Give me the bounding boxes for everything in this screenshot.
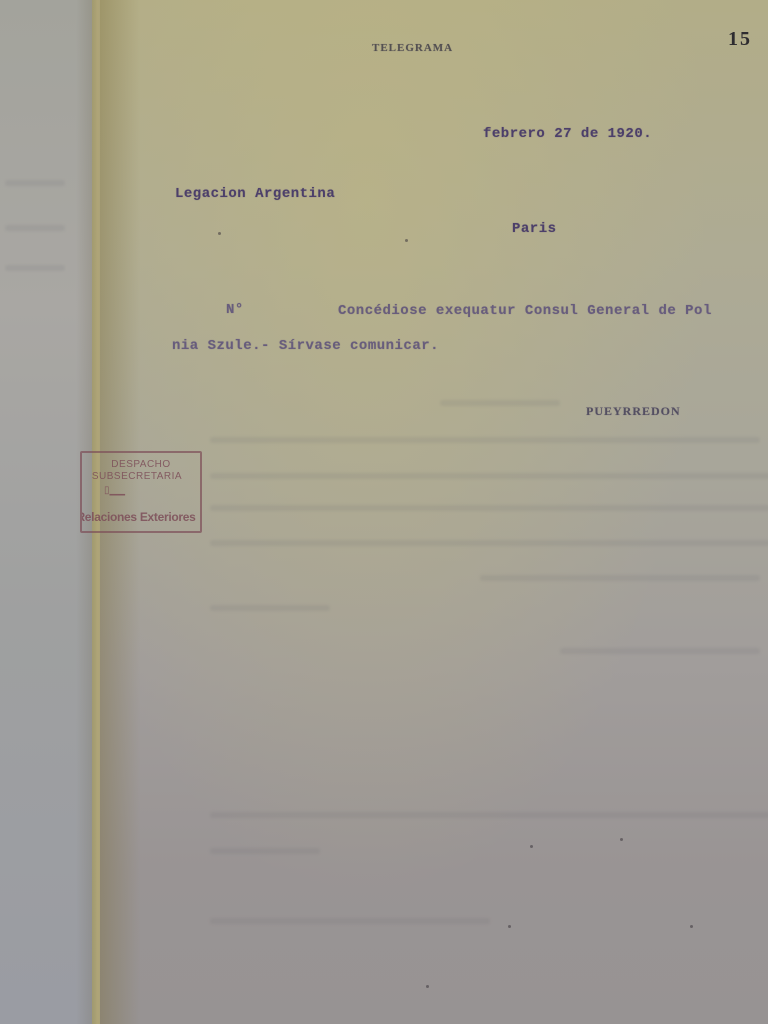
dust-speck <box>530 845 533 848</box>
bleed-through-line <box>210 812 768 818</box>
document-photo: TELEGRAMA 15 febrero 27 de 1920. Legacio… <box>0 0 768 1024</box>
bleed-through-line <box>210 848 320 854</box>
facing-page-bleed <box>5 265 65 271</box>
dust-speck <box>690 925 693 928</box>
page-number: 15 <box>728 28 752 51</box>
recipient-city: Paris <box>512 221 557 237</box>
bleed-through-line <box>210 473 768 479</box>
bleed-through-line <box>440 400 560 406</box>
bleed-through-line <box>560 648 760 654</box>
date-line: febrero 27 de 1920. <box>483 126 652 142</box>
stamp-line: Relaciones Exteriores <box>80 510 200 524</box>
facing-page-bleed <box>5 180 65 186</box>
bleed-through-line <box>210 505 768 511</box>
dust-speck <box>405 239 408 242</box>
bleed-through-line <box>210 540 768 546</box>
facing-page-bleed <box>5 225 65 231</box>
recipient: Legacion Argentina <box>175 186 335 202</box>
stamp-mark: ▯▁▁ <box>104 485 125 496</box>
office-stamp: DESPACHO SUBSECRETARIA ▯▁▁ Relaciones Ex… <box>80 451 202 533</box>
bleed-through-line <box>210 437 760 443</box>
dust-speck <box>620 838 623 841</box>
document-header: TELEGRAMA <box>372 42 453 54</box>
bleed-through-line <box>210 605 330 611</box>
signature: PUEYRREDON <box>586 404 681 419</box>
body-text-line: nia Szule.- Sírvase comunicar. <box>172 338 439 354</box>
stamp-line: DESPACHO <box>82 459 200 470</box>
bleed-through-line <box>210 918 490 924</box>
body-text-line: Concédiose exequatur Consul General de P… <box>338 303 712 319</box>
number-label: N° <box>226 302 244 318</box>
dust-speck <box>426 985 429 988</box>
stamp-line: SUBSECRETARIA <box>80 471 200 482</box>
dust-speck <box>218 232 221 235</box>
dust-speck <box>508 925 511 928</box>
bleed-through-line <box>480 575 760 581</box>
